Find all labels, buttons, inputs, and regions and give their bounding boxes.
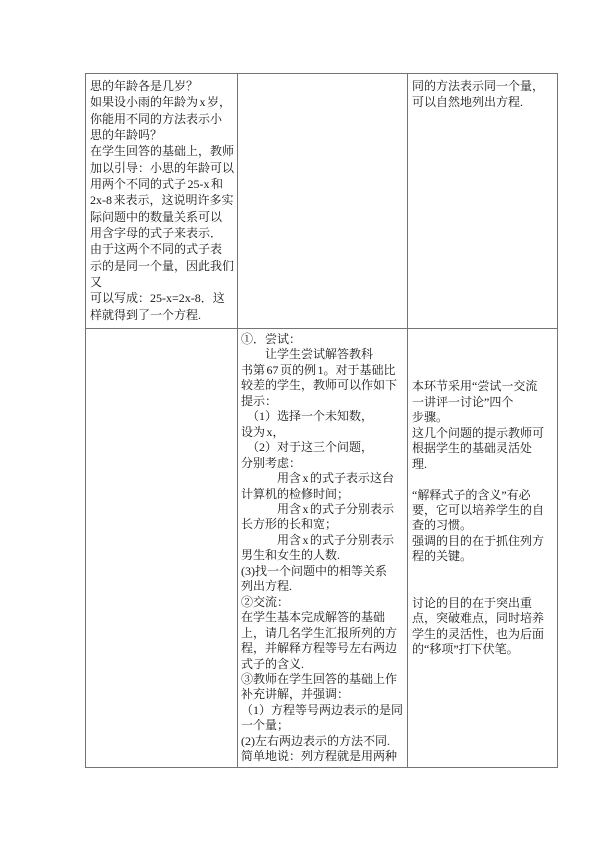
table-cell-row1-col2 (238, 74, 408, 329)
document-page: 思的年龄各是几岁？ 如果设小雨的年龄为 x 岁， 你能用不同的方法表示小 思的年… (0, 0, 595, 842)
lesson-plan-table: 思的年龄各是几岁？ 如果设小雨的年龄为 x 岁， 你能用不同的方法表示小 思的年… (85, 73, 558, 768)
table-cell-row2-col2: ①．尝试： 让学生尝试解答教科 书第 67 页的例 1。对于基础比 较差的学生，… (238, 329, 408, 767)
table-cell-row2-col3: 本环节采用“尝试一交流 一讲评一讨论”四个 步骤。 这几个问题的提示教师可 根据… (408, 329, 557, 767)
table-cell-row1-col1: 思的年龄各是几岁？ 如果设小雨的年龄为 x 岁， 你能用不同的方法表示小 思的年… (86, 74, 238, 329)
table-cell-row2-col1 (86, 329, 238, 767)
table-cell-row1-col3: 同的方法表示同一个量， 可以自然地列出方程. (408, 74, 557, 329)
